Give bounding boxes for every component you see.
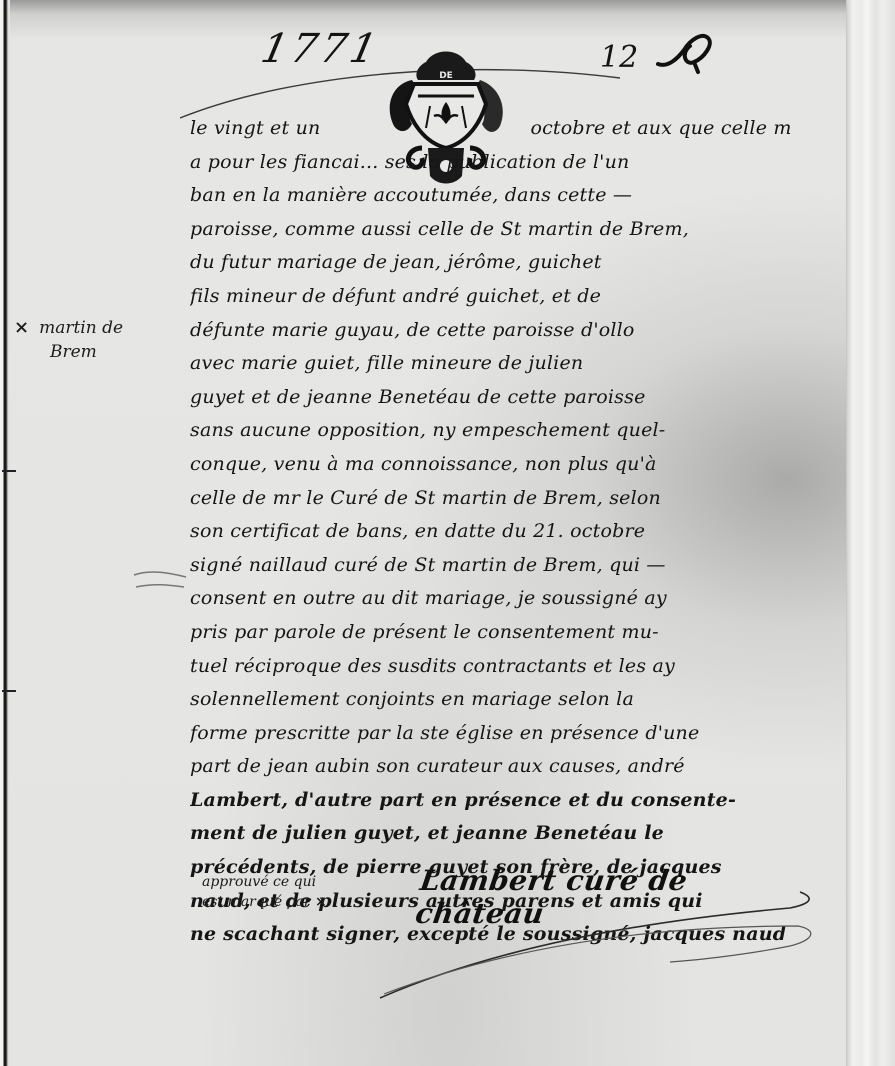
text-line-20: part de jean aubin son curateur aux caus… bbox=[190, 750, 870, 784]
marriage-record-text: le vingt et unoctobre et aux que celle m… bbox=[190, 112, 870, 952]
text-line-14: signé naillaud curé de St martin de Brem… bbox=[190, 549, 870, 583]
approval-note-text: est marqué par bbox=[202, 894, 311, 910]
cross-mark-icon: × bbox=[14, 317, 29, 338]
text-line-15: consent en outre au dit mariage, je sous… bbox=[190, 582, 870, 616]
edge-tick-mark bbox=[2, 470, 16, 472]
text-line-3: ban en la manière accoutumée, dans cette… bbox=[190, 179, 870, 213]
text-line-22: ment de julien guyet, et jeanne Benetéau… bbox=[190, 817, 870, 851]
text-line-1: le vingt et unoctobre et aux que celle m bbox=[190, 112, 870, 146]
text-line-21: Lambert, d'autre part en présence et du … bbox=[190, 784, 870, 818]
text-line-2: a pour les fiancai... ses la publication… bbox=[190, 146, 870, 180]
text-line-5: du futur mariage de jean, jérôme, guiche… bbox=[190, 246, 870, 280]
text-line-6: fils mineur de défunt andré guichet, et … bbox=[190, 280, 870, 314]
text-line-8: avec marie guiet, fille mineure de julie… bbox=[190, 347, 870, 381]
cross-mark-icon: × bbox=[315, 894, 327, 910]
margin-note-line-2: Brem bbox=[14, 340, 184, 364]
text-line-4: paroisse, comme aussi celle de St martin… bbox=[190, 213, 870, 247]
text-line-12: celle de mr le Curé de St martin de Brem… bbox=[190, 482, 870, 516]
svg-text:DE: DE bbox=[439, 71, 453, 81]
text-line-10: sans aucune opposition, ny empeschement … bbox=[190, 414, 870, 448]
page-number: 12 bbox=[600, 40, 638, 75]
text-line-19: forme prescritte par la ste église en pr… bbox=[190, 717, 870, 751]
margin-note-line-1: martin de bbox=[39, 318, 123, 338]
binding-edge bbox=[0, 0, 10, 1066]
edge-tick-mark bbox=[2, 690, 16, 692]
text-line-11: conque, venu à ma connoissance, non plus… bbox=[190, 448, 870, 482]
text-line-13: son certificat de bans, en datte du 21. … bbox=[190, 515, 870, 549]
text-line-1-start: le vingt et un bbox=[190, 117, 320, 139]
text-line-16: pris par parole de présent le consenteme… bbox=[190, 616, 870, 650]
margin-note: ×martin de Brem bbox=[14, 316, 184, 364]
text-line-7: défunte marie guyau, de cette paroisse d… bbox=[190, 314, 870, 348]
register-year: 1771 bbox=[257, 26, 385, 72]
document-page: 1771 12 DE ×martin de Brem le vingt et u… bbox=[0, 0, 895, 1066]
paraph-flourish-icon bbox=[650, 28, 720, 78]
stray-ink-mark bbox=[130, 565, 190, 595]
text-line-1-end: octobre et aux que celle m bbox=[530, 117, 791, 139]
text-line-18: solennellement conjoints en mariage selo… bbox=[190, 683, 870, 717]
signature-flourish-icon bbox=[370, 880, 830, 1010]
text-line-9: guyet et de jeanne Benetéau de cette par… bbox=[190, 381, 870, 415]
text-line-17: tuel réciproque des susdits contractants… bbox=[190, 650, 870, 684]
